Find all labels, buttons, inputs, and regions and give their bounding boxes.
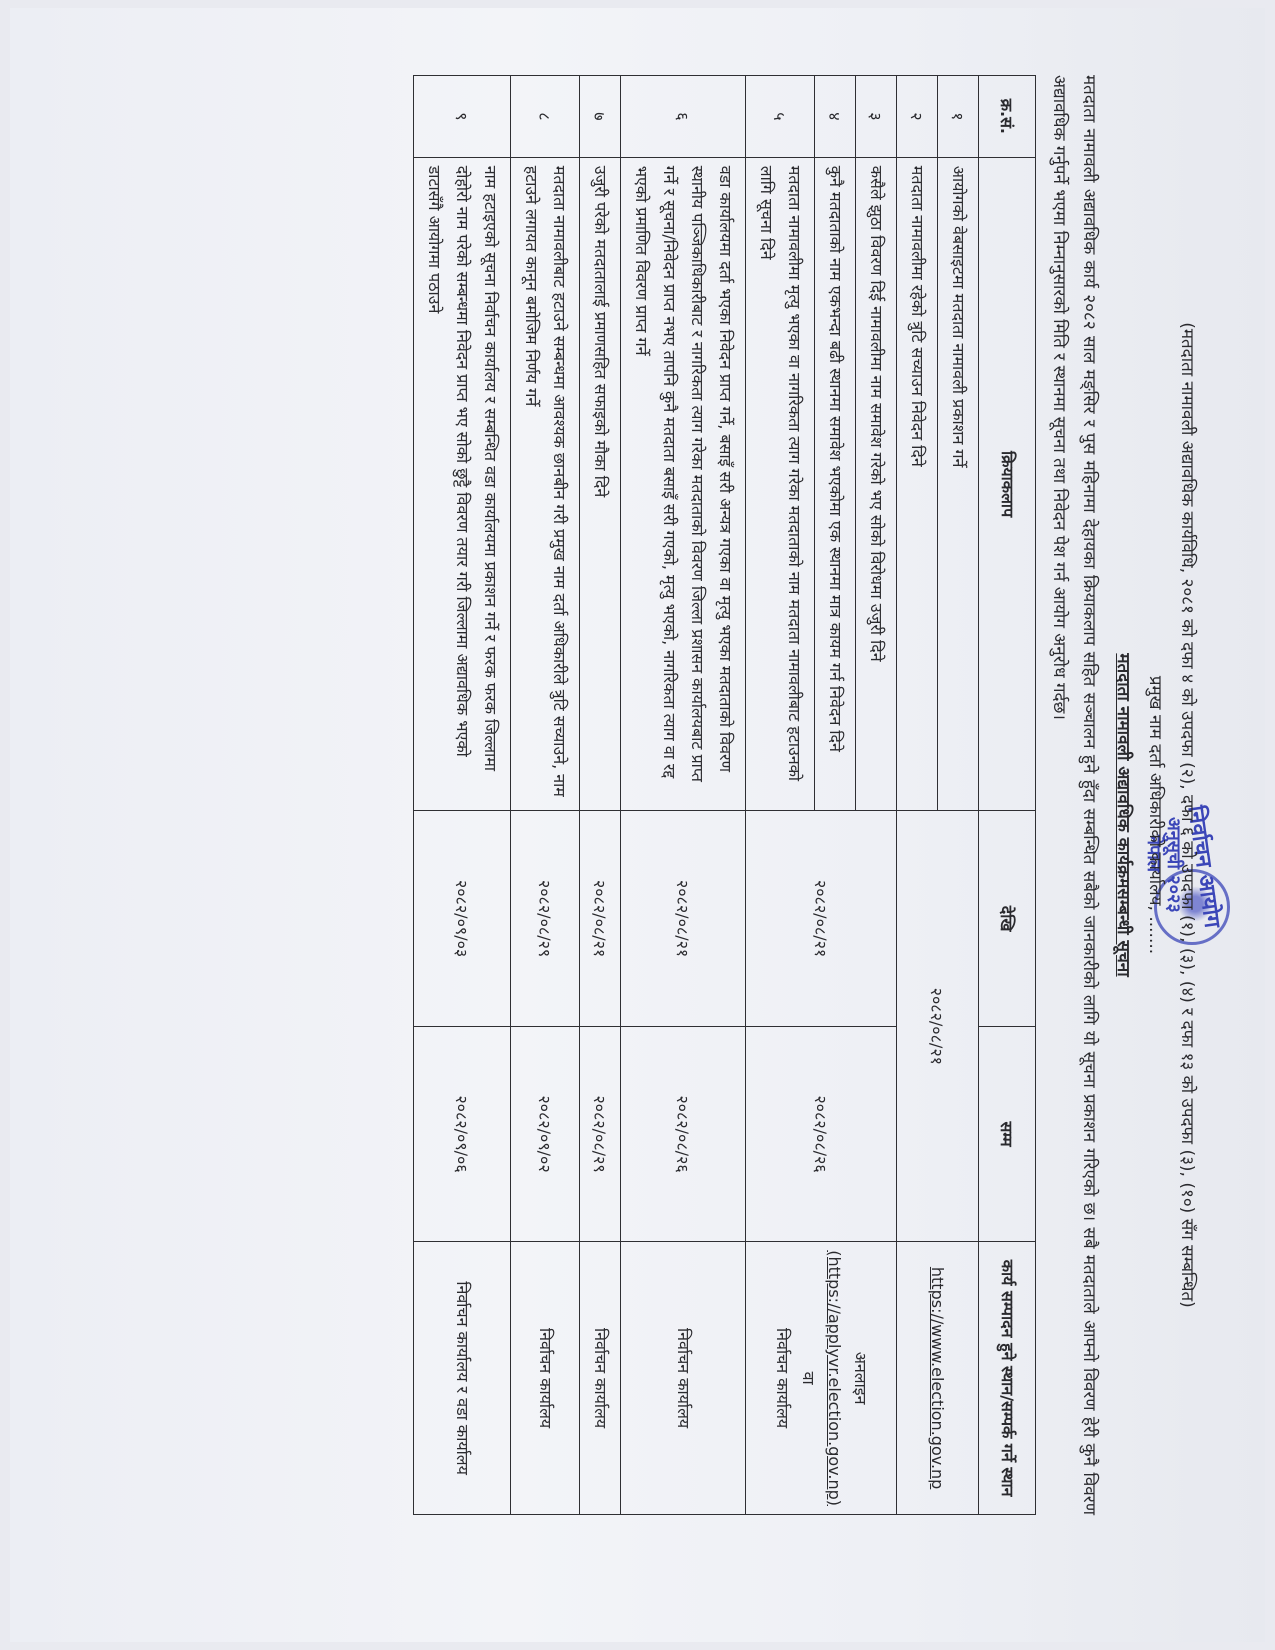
row-activity: कुनै मतदाताको नाम एकभन्दा बढी स्थानमा सम… — [815, 157, 856, 811]
location-online: अनलाइन — [847, 1250, 873, 1506]
row-sn: २ — [897, 76, 938, 158]
legal-reference: (मतदाता नामावली अद्यावधिक कार्यविधि, २०८… — [1174, 35, 1200, 1595]
row-sn: ३ — [856, 76, 897, 158]
intro-paragraph: मतदाता नामावली अद्यावधिक कार्य २०८२ साल … — [1044, 75, 1104, 1515]
location-office: निर्वाचन कार्यालय — [769, 1250, 795, 1506]
row-location: https://www.election.gov.np — [897, 1242, 979, 1515]
row-location: निर्वाचन कार्यालय — [621, 1242, 746, 1515]
table-row: ३ कसैले झुठा विवरण दिई नामावलीमा नाम समा… — [856, 76, 897, 1515]
table-header-row: क्र.सं. क्रियाकलाप देखि सम्म कार्य सम्पा… — [979, 76, 1036, 1515]
table-row: ७ उजुरी परेको मतदातालाई प्रमाणसहित सफाइक… — [580, 76, 621, 1515]
row-sn: ७ — [580, 76, 621, 158]
row-location: निर्वाचन कार्यालय — [511, 1242, 580, 1515]
row-activity: मतदाता नामावलीमा मृत्यु भएका वा नागरिकता… — [746, 157, 815, 811]
row-activity: कसैले झुठा विवरण दिई नामावलीमा नाम समावे… — [856, 157, 897, 811]
row-activity: आयोगको वेबसाइटमा मतदाता नामावली प्रकाशन … — [938, 157, 979, 811]
row-activity: मतदाता नामावलीबाट हटाउने सम्बन्धमा आवश्य… — [511, 157, 580, 811]
row-location: निर्वाचन कार्यालय र वडा कार्यालय — [414, 1242, 511, 1515]
row-sn: ८ — [511, 76, 580, 158]
row-sn: १ — [938, 76, 979, 158]
row-sn: ६ — [621, 76, 746, 158]
header-from: देखि — [979, 811, 1036, 1026]
notice-title: मतदाता नामावली अद्यावधिक कार्यक्रमसम्बन्… — [1110, 35, 1136, 1595]
document-page: निर्वाचन आयोग अनुसूची २०२३ नेपाल (मतदाता… — [200, 35, 1210, 1595]
row-activity: मतदाता नामावलीमा रहेको त्रुटि सच्याउन नि… — [897, 157, 938, 811]
row-from-date: २०८२/०८/२१ — [897, 811, 979, 1242]
row-to-date: २०८२/०८/२९ — [580, 1026, 621, 1241]
row-location: अनलाइन (https://applyvr.election.gov.np)… — [746, 1242, 897, 1515]
row-activity: उजुरी परेको मतदातालाई प्रमाणसहित सफाइको … — [580, 157, 621, 811]
row-activity: वडा कार्यालयमा दर्ता भएका निवेदन प्राप्त… — [621, 157, 746, 811]
header-to: सम्म — [979, 1026, 1036, 1241]
row-location: निर्वाचन कार्यालय — [580, 1242, 621, 1515]
schedule-table: क्र.सं. क्रियाकलाप देखि सम्म कार्य सम्पा… — [413, 75, 1036, 1515]
row-to-date: २०८२/०९/०६ — [414, 1026, 511, 1241]
table-row: १ आयोगको वेबसाइटमा मतदाता नामावली प्रकाश… — [938, 76, 979, 1515]
header-activity: क्रियाकलाप — [979, 157, 1036, 811]
applyvr-link[interactable]: (https://applyvr.election.gov.np) — [825, 1250, 844, 1506]
election-website-link[interactable]: https://www.election.gov.np — [929, 1267, 948, 1489]
header-location: कार्य सम्पादन हुने स्थान/सम्पर्क गर्ने स… — [979, 1242, 1036, 1515]
office-name: प्रमुख नाम दर्ता अधिकारीको कार्यालय, ...… — [1142, 35, 1168, 1595]
row-sn: ४ — [815, 76, 856, 158]
row-sn: ९ — [414, 76, 511, 158]
table-row: ६ वडा कार्यालयमा दर्ता भएका निवेदन प्राप… — [621, 76, 746, 1515]
row-to-date: २०८२/०९/०२ — [511, 1026, 580, 1241]
row-from-date: २०८२/०८/२९ — [511, 811, 580, 1026]
row-sn: ५ — [746, 76, 815, 158]
row-from-date: २०८२/०८/२१ — [580, 811, 621, 1026]
row-from-date: २०८२/०८/२१ — [621, 811, 746, 1026]
location-or: वा — [799, 1372, 818, 1385]
row-from-date: २०८२/०८/२१ — [746, 811, 897, 1026]
row-to-date: २०८२/०८/२६ — [746, 1026, 897, 1241]
header-sn: क्र.सं. — [979, 76, 1036, 158]
row-activity: नाम हटाइएको सूचना निर्वाचन कार्यालय र सम… — [414, 157, 511, 811]
table-row: ८ मतदाता नामावलीबाट हटाउने सम्बन्धमा आवश… — [511, 76, 580, 1515]
row-to-date: २०८२/०८/२६ — [621, 1026, 746, 1241]
row-from-date: २०८२/०९/०३ — [414, 811, 511, 1026]
table-row: ९ नाम हटाइएको सूचना निर्वाचन कार्यालय र … — [414, 76, 511, 1515]
